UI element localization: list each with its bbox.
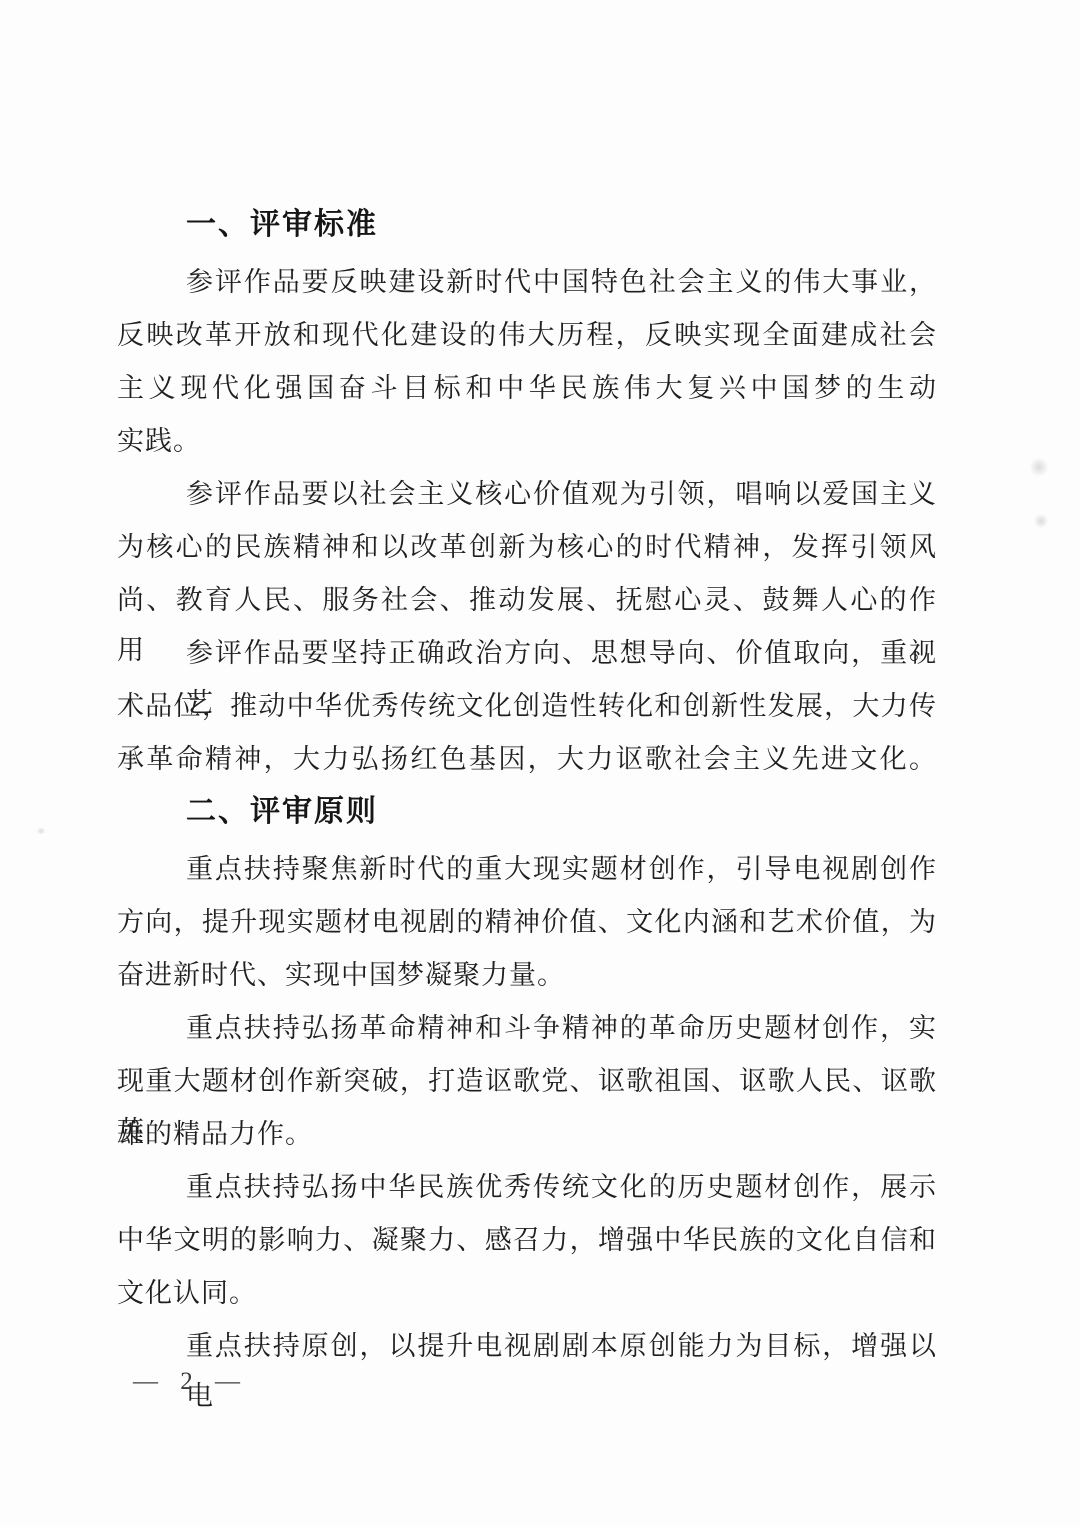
text-line: 重点扶持原创，以提升电视剧剧本原创能力为目标，增强以电: [117, 1321, 937, 1374]
text-line: 参评作品要以社会主义核心价值观为引领，唱响以爱国主义: [117, 469, 937, 522]
section-heading: 二、评审原则: [117, 787, 937, 844]
page-number: — 2 —: [133, 1368, 241, 1396]
scanned-document-page: 一、评审标准参评作品要反映建设新时代中国特色社会主义的伟大事业，反映改革开放和现…: [0, 0, 1080, 1527]
text-line: 参评作品要坚持正确政治方向、思想导向、价值取向，重视艺: [117, 628, 937, 681]
text-line: 文化认同。: [117, 1268, 937, 1321]
text-line: 重点扶持弘扬革命精神和斗争精神的革命历史题材创作，实: [117, 1003, 937, 1056]
text-line: 承革命精神，大力弘扬红色基因，大力讴歌社会主义先进文化。: [117, 734, 937, 787]
text-line: 现重大题材创作新突破，打造讴歌党、讴歌祖国、讴歌人民、讴歌英: [117, 1056, 937, 1109]
text-line: 反映改革开放和现代化建设的伟大历程，反映实现全面建成社会: [117, 310, 937, 363]
text-line: 方向，提升现实题材电视剧的精神价值、文化内涵和艺术价值，为: [117, 897, 937, 950]
text-line: 实践。: [117, 416, 937, 469]
text-line: 为核心的民族精神和以改革创新为核心的时代精神，发挥引领风: [117, 522, 937, 575]
text-line: 主义现代化强国奋斗目标和中华民族伟大复兴中国梦的生动: [117, 363, 937, 416]
section-heading: 一、评审标准: [117, 200, 937, 257]
text-line: 中华文明的影响力、凝聚力、感召力，增强中华民族的文化自信和: [117, 1215, 937, 1268]
text-line: 雄的精品力作。: [117, 1109, 937, 1162]
scan-artifact: [36, 828, 46, 834]
text-line: 术品位，推动中华优秀传统文化创造性转化和创新性发展，大力传: [117, 681, 937, 734]
text-line: 重点扶持弘扬中华民族优秀传统文化的历史题材创作，展示: [117, 1162, 937, 1215]
text-line: 参评作品要反映建设新时代中国特色社会主义的伟大事业，: [117, 257, 937, 310]
text-line: 奋进新时代、实现中国梦凝聚力量。: [117, 950, 937, 1003]
document-body: 一、评审标准参评作品要反映建设新时代中国特色社会主义的伟大事业，反映改革开放和现…: [117, 200, 937, 1374]
text-line: 重点扶持聚焦新时代的重大现实题材创作，引导电视剧创作: [117, 844, 937, 897]
text-line: 尚、教育人民、服务社会、推动发展、抚慰心灵、鼓舞人心的作用。: [117, 575, 937, 628]
scan-artifact: [1034, 514, 1048, 528]
scan-artifact: [1030, 458, 1048, 476]
